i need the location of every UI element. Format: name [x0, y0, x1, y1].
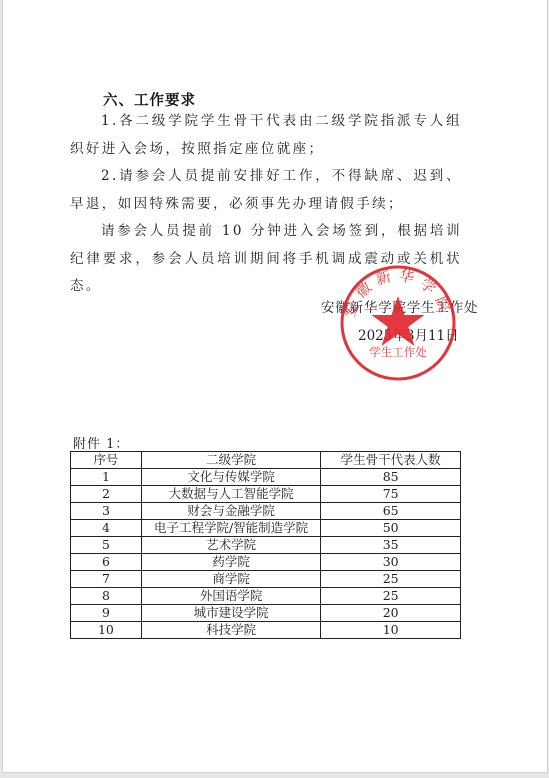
row-count: 20: [321, 605, 461, 622]
row-college: 城市建设学院: [141, 605, 321, 622]
table-row: 7 商学院 25: [71, 571, 461, 588]
row-index: 2: [71, 486, 142, 503]
table-row: 9 城市建设学院 20: [71, 605, 461, 622]
table-row: 3 财会与金融学院 65: [71, 503, 461, 520]
requirement-paragraph-1: 1.各二级学院学生骨干代表由二级学院指派专人组织好进入会场，按照指定座位就座；: [70, 108, 462, 163]
document-page: 六、工作要求 1.各二级学院学生骨干代表由二级学院指派专人组织好进入会场，按照指…: [2, 0, 548, 773]
row-college: 外国语学院: [141, 588, 321, 605]
row-college: 科技学院: [141, 622, 321, 639]
row-college: 电子工程学院/智能制造学院: [141, 520, 321, 537]
table-row: 10 科技学院 10: [71, 622, 461, 639]
row-index: 3: [71, 503, 142, 520]
row-college: 商学院: [141, 571, 321, 588]
row-count: 25: [321, 588, 461, 605]
row-college: 药学院: [141, 554, 321, 571]
row-count: 30: [321, 554, 461, 571]
row-count: 65: [321, 503, 461, 520]
column-header-index: 序号: [71, 452, 142, 469]
row-index: 7: [71, 571, 142, 588]
row-count: 35: [321, 537, 461, 554]
row-college: 大数据与人工智能学院: [141, 486, 321, 503]
signature-organization: 安徽新华学院学生工作处: [321, 296, 478, 316]
row-index: 4: [71, 520, 142, 537]
row-index: 10: [71, 622, 142, 639]
row-index: 1: [71, 469, 142, 486]
seal-bottom-text: 学生工作处: [369, 345, 427, 359]
column-header-college: 二级学院: [141, 452, 321, 469]
row-count: 25: [321, 571, 461, 588]
row-count: 10: [321, 622, 461, 639]
section-heading: 六、工作要求: [103, 89, 196, 110]
student-representative-table: 序号 二级学院 学生骨干代表人数 1 文化与传媒学院 85 2 大数据与人工智能…: [70, 451, 461, 639]
row-index: 5: [71, 537, 142, 554]
row-count: 85: [321, 469, 461, 486]
signature-date: 2025年3月11日: [358, 324, 459, 344]
table-row: 6 药学院 30: [71, 554, 461, 571]
table-row: 5 艺术学院 35: [71, 537, 461, 554]
table-row: 4 电子工程学院/智能制造学院 50: [71, 520, 461, 537]
attachment-label: 附件 1：: [73, 433, 129, 452]
table-row: 8 外国语学院 25: [71, 588, 461, 605]
table-header-row: 序号 二级学院 学生骨干代表人数: [71, 452, 461, 469]
row-count: 50: [321, 520, 461, 537]
column-header-count: 学生骨干代表人数: [321, 452, 461, 469]
row-college: 艺术学院: [141, 537, 321, 554]
table-row: 1 文化与传媒学院 85: [71, 469, 461, 486]
row-index: 9: [71, 605, 142, 622]
row-index: 8: [71, 588, 142, 605]
requirement-paragraph-2: 2.请参会人员提前安排好工作，不得缺席、迟到、早退，如因特殊需要，必须事先办理请…: [70, 163, 462, 218]
row-college: 文化与传媒学院: [141, 469, 321, 486]
row-index: 6: [71, 554, 142, 571]
row-college: 财会与金融学院: [141, 503, 321, 520]
row-count: 75: [321, 486, 461, 503]
requirement-paragraph-3: 请参会人员提前 10 分钟进入会场签到，根据培训纪律要求，参会人员培训期间将手机…: [70, 218, 462, 301]
table-row: 2 大数据与人工智能学院 75: [71, 486, 461, 503]
